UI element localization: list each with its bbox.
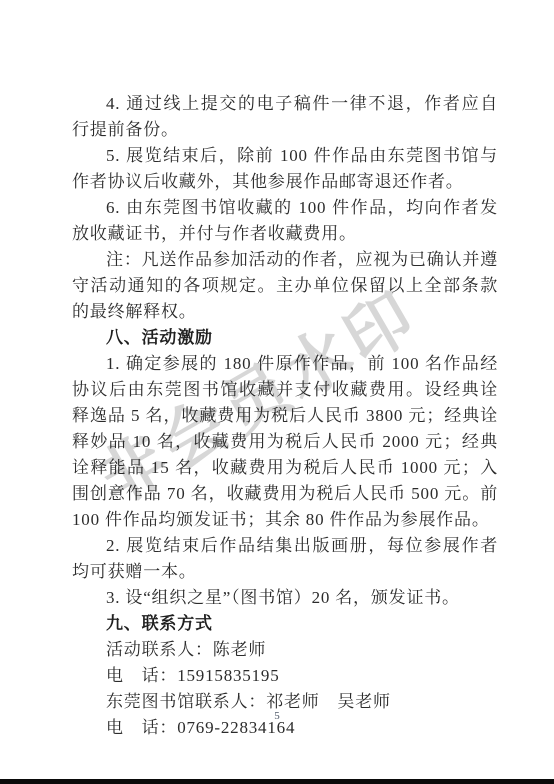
document-paragraph: 2. 展览结束后作品结集出版画册，每位参展作者均可获赠一本。 [72, 533, 498, 585]
document-paragraph: 1. 确定参展的 180 件原作作品，前 100 名作品经协议后由东莞图书馆收藏… [72, 351, 498, 533]
contact-phone-line: 电 话：15915835195 [72, 663, 498, 689]
page-number: 5 [0, 710, 554, 722]
document-paragraph: 5. 展览结束后，除前 100 件作品由东莞图书馆与作者协议后收藏外，其他参展作… [72, 143, 498, 195]
document-paragraph: 6. 由东莞图书馆收藏的 100 件作品，均向作者发放收藏证书，并付与作者收藏费… [72, 195, 498, 247]
document-page: 非会员水印 4. 通过线上提交的电子稿件一律不退，作者应自行提前备份。 5. 展… [0, 0, 554, 784]
document-paragraph: 4. 通过线上提交的电子稿件一律不退，作者应自行提前备份。 [72, 91, 498, 143]
section-heading-contact-info: 九、联系方式 [72, 611, 498, 637]
document-text-block: 4. 通过线上提交的电子稿件一律不退，作者应自行提前备份。 5. 展览结束后，除… [72, 91, 498, 741]
document-paragraph-note: 注：凡送作品参加活动的作者，应视为已确认并遵守活动通知的各项规定。主办单位保留以… [72, 247, 498, 325]
document-paragraph: 3. 设“组织之星”（图书馆）20 名，颁发证书。 [72, 585, 498, 611]
contact-person-line: 活动联系人：陈老师 [72, 637, 498, 663]
bottom-black-bar [0, 779, 554, 784]
section-heading-activity-incentives: 八、活动激励 [72, 325, 498, 351]
